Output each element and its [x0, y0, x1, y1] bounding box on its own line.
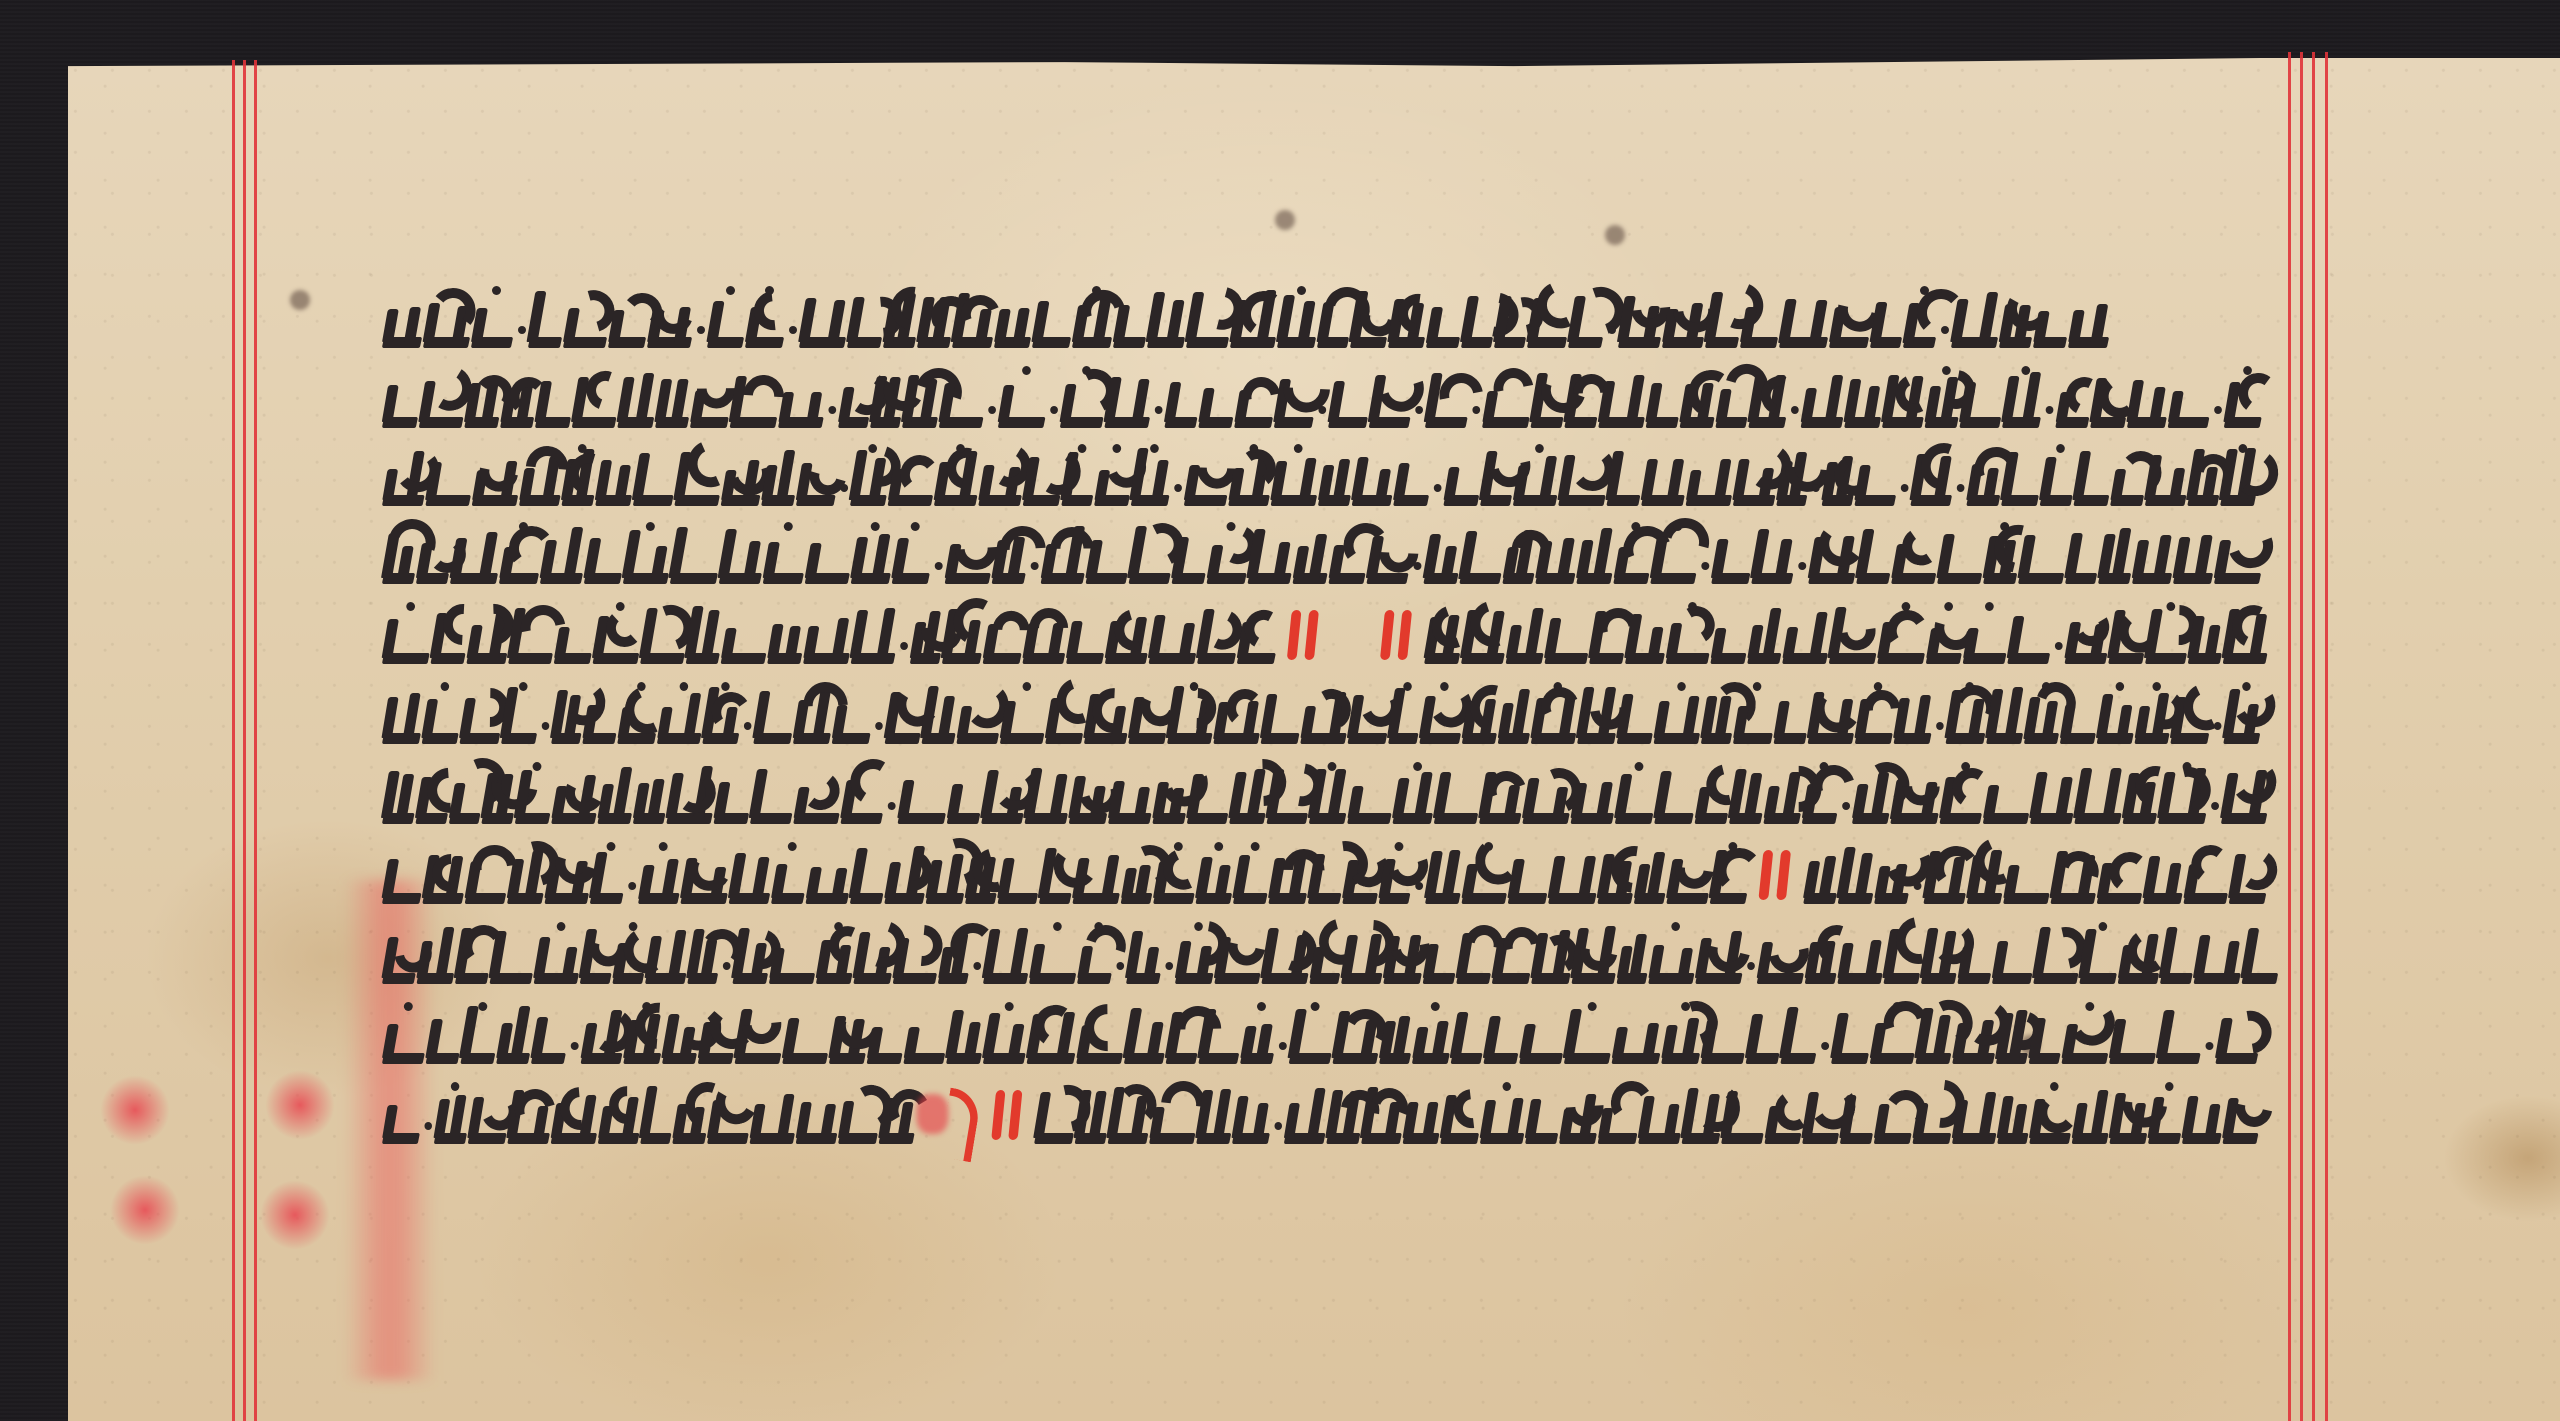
script-glyph	[715, 766, 748, 824]
script-glyph	[1749, 370, 1785, 428]
script-glyph	[598, 766, 630, 824]
script-glyph	[2215, 526, 2260, 584]
script-glyph	[1984, 526, 2016, 584]
script-glyph	[807, 846, 848, 904]
script-glyph	[383, 526, 414, 584]
script-glyph	[426, 448, 469, 506]
script-glyph	[880, 1086, 914, 1144]
script-glyph	[1781, 1006, 1815, 1064]
script-glyph	[1953, 1006, 1994, 1064]
script-glyph	[1176, 926, 1212, 984]
script-glyph	[1809, 526, 1854, 584]
script-glyph	[1483, 370, 1529, 428]
script-glyph	[1613, 1006, 1660, 1064]
script-glyph	[423, 846, 462, 904]
script-glyph	[2225, 370, 2261, 428]
visarga-dot	[1788, 370, 1802, 428]
script-glyph	[591, 846, 623, 904]
script-glyph	[1480, 766, 1520, 824]
script-glyph	[1639, 1086, 1680, 1144]
script-glyph	[383, 606, 429, 664]
script-glyph	[432, 606, 465, 664]
script-glyph	[562, 448, 593, 506]
script-glyph	[416, 766, 447, 824]
script-glyph	[1150, 606, 1196, 664]
script-glyph	[1777, 448, 1806, 506]
script-glyph	[1884, 926, 1919, 984]
manuscript-line-10	[383, 994, 2260, 1064]
script-glyph	[1310, 766, 1345, 824]
script-glyph	[1234, 846, 1267, 904]
script-glyph	[1531, 370, 1562, 428]
script-glyph	[1230, 766, 1264, 824]
script-glyph	[1441, 1086, 1478, 1144]
script-glyph	[852, 526, 890, 584]
script-glyph	[1067, 606, 1103, 664]
script-glyph	[1463, 686, 1496, 744]
script-glyph	[1329, 370, 1367, 428]
script-glyph	[1389, 686, 1417, 744]
script-glyph	[1572, 926, 1614, 984]
script-glyph	[2066, 526, 2096, 584]
script-glyph	[675, 448, 718, 506]
script-glyph	[1106, 606, 1147, 664]
script-glyph	[1806, 926, 1836, 984]
script-glyph	[1343, 846, 1376, 904]
script-glyph	[2066, 606, 2107, 664]
script-glyph	[2221, 448, 2255, 506]
script-glyph	[794, 766, 838, 824]
script-glyph	[2222, 766, 2266, 824]
script-glyph	[691, 370, 728, 428]
script-glyph	[1968, 846, 2001, 904]
script-glyph	[1913, 1086, 1950, 1144]
script-glyph	[1076, 1086, 1106, 1144]
script-glyph	[1238, 606, 1275, 664]
script-glyph	[1823, 448, 1853, 506]
script-glyph	[1532, 686, 1575, 744]
script-glyph	[1577, 526, 1611, 584]
script-glyph	[1087, 526, 1127, 584]
script-glyph	[1173, 526, 1205, 584]
script-glyph	[529, 290, 561, 348]
script-glyph	[1426, 846, 1459, 904]
script-glyph	[1109, 1086, 1148, 1144]
script-glyph	[1078, 926, 1111, 984]
script-glyph	[871, 370, 900, 428]
script-glyph	[2030, 1006, 2060, 1064]
script-glyph	[1070, 766, 1106, 824]
script-glyph	[420, 370, 463, 428]
script-glyph	[1663, 290, 1703, 348]
script-glyph	[851, 448, 886, 506]
script-glyph	[1655, 686, 1699, 744]
script-glyph	[634, 766, 665, 824]
script-glyph	[1830, 290, 1868, 348]
script-glyph	[1168, 686, 1211, 744]
script-glyph	[731, 370, 777, 428]
script-glyph	[599, 1086, 639, 1144]
script-glyph	[552, 686, 580, 744]
manuscript-line-11	[383, 1074, 2260, 1144]
script-glyph	[1380, 1006, 1410, 1064]
script-glyph	[2110, 1006, 2155, 1064]
script-glyph	[1687, 448, 1731, 506]
script-glyph	[1922, 926, 1956, 984]
visarga-dot	[826, 370, 840, 428]
script-glyph	[424, 290, 469, 348]
script-glyph	[1618, 926, 1647, 984]
script-glyph	[687, 606, 719, 664]
script-glyph	[783, 1006, 827, 1064]
script-glyph	[2169, 370, 2209, 428]
script-glyph	[1702, 1006, 1744, 1064]
script-glyph	[2069, 290, 2108, 348]
script-glyph	[772, 846, 804, 904]
script-glyph	[634, 448, 673, 506]
visarga-dot	[1171, 448, 1185, 506]
script-glyph	[1748, 606, 1780, 664]
script-glyph	[1856, 686, 1892, 744]
script-glyph	[1389, 290, 1424, 348]
red-double-danda	[1755, 846, 1798, 904]
script-glyph	[730, 846, 769, 904]
script-glyph	[1619, 290, 1660, 348]
script-glyph	[1327, 1086, 1359, 1144]
script-glyph	[817, 926, 852, 984]
script-glyph	[466, 846, 505, 904]
script-glyph	[1804, 846, 1836, 904]
script-glyph	[1809, 686, 1853, 744]
script-glyph	[1883, 370, 1923, 428]
script-glyph	[806, 526, 849, 584]
script-glyph	[1425, 606, 1459, 664]
script-glyph	[889, 448, 932, 506]
script-glyph	[1598, 846, 1631, 904]
script-glyph	[435, 1086, 466, 1144]
manuscript-line-3	[383, 436, 2258, 506]
script-glyph	[1024, 448, 1060, 506]
script-glyph	[1262, 926, 1307, 984]
script-glyph	[1683, 1086, 1720, 1144]
script-glyph	[797, 1086, 837, 1144]
script-glyph	[1349, 686, 1387, 744]
script-glyph	[1199, 370, 1232, 428]
manuscript-line-5	[383, 594, 2269, 664]
script-glyph	[2119, 926, 2158, 984]
script-glyph	[736, 1006, 781, 1064]
script-glyph	[1655, 766, 1692, 824]
script-glyph	[383, 448, 424, 506]
script-glyph	[1294, 526, 1327, 584]
script-glyph	[1165, 370, 1196, 428]
script-glyph	[1046, 686, 1082, 744]
script-glyph	[2091, 370, 2125, 428]
script-glyph	[851, 846, 883, 904]
script-glyph	[1578, 686, 1615, 744]
script-glyph	[1309, 846, 1341, 904]
script-glyph	[383, 290, 421, 348]
script-glyph	[1073, 290, 1111, 348]
script-glyph	[1026, 766, 1067, 824]
script-glyph	[1001, 686, 1044, 744]
script-glyph	[2110, 1086, 2146, 1144]
script-glyph	[383, 926, 415, 984]
script-glyph	[469, 1086, 506, 1144]
script-glyph	[482, 766, 513, 824]
script-glyph	[1730, 766, 1761, 824]
script-glyph	[751, 1086, 794, 1144]
script-glyph	[2184, 846, 2226, 904]
script-glyph	[2056, 370, 2088, 428]
script-glyph	[1187, 290, 1228, 348]
script-glyph	[2051, 846, 2094, 904]
script-glyph	[2002, 448, 2038, 506]
script-glyph	[1520, 1006, 1562, 1064]
script-glyph	[1150, 1086, 1194, 1144]
script-glyph	[852, 606, 895, 664]
script-glyph	[2230, 846, 2265, 904]
manuscript-line-1	[383, 278, 2111, 348]
script-glyph	[1185, 448, 1226, 506]
script-glyph	[703, 686, 738, 744]
script-glyph	[947, 1006, 981, 1064]
script-glyph	[667, 766, 711, 824]
script-glyph	[1208, 526, 1246, 584]
script-glyph	[1545, 606, 1587, 664]
script-glyph	[541, 526, 582, 584]
script-glyph	[1667, 606, 1709, 664]
script-glyph	[1590, 606, 1623, 664]
script-glyph	[671, 526, 717, 584]
script-glyph	[585, 526, 621, 584]
script-glyph	[2135, 686, 2168, 744]
right-margin-rule	[2312, 52, 2315, 1421]
script-glyph	[1947, 686, 1985, 744]
script-glyph	[1642, 448, 1683, 506]
red-stain-dot	[260, 1180, 330, 1250]
script-glyph	[1351, 290, 1386, 348]
script-glyph	[1154, 846, 1193, 904]
visarga-dot	[1163, 926, 1176, 984]
script-glyph	[1838, 926, 1881, 984]
script-glyph	[472, 290, 512, 348]
script-glyph	[2159, 766, 2205, 824]
script-glyph	[993, 526, 1025, 584]
script-glyph	[1649, 926, 1693, 984]
script-glyph	[1125, 1006, 1164, 1064]
script-glyph	[1269, 846, 1305, 904]
right-margin-rule	[2325, 52, 2328, 1421]
manuscript-line-4	[383, 514, 2263, 584]
script-glyph	[2158, 1006, 2200, 1064]
script-glyph	[1716, 370, 1746, 428]
script-glyph	[2161, 926, 2192, 984]
script-glyph	[899, 766, 945, 824]
script-glyph	[854, 926, 890, 984]
script-glyph	[1958, 926, 1990, 984]
script-glyph	[2073, 1086, 2108, 1144]
script-glyph	[2075, 766, 2120, 824]
script-glyph	[842, 766, 882, 824]
script-glyph	[1481, 448, 1511, 506]
visarga-dot	[885, 766, 899, 824]
script-glyph	[1085, 686, 1127, 744]
script-glyph	[1895, 686, 1931, 744]
script-glyph	[797, 448, 835, 506]
script-glyph	[516, 766, 549, 824]
script-glyph	[1662, 1006, 1699, 1064]
visarga-dot	[2043, 370, 2057, 428]
script-glyph	[779, 370, 823, 428]
script-glyph	[1197, 846, 1231, 904]
script-glyph	[1651, 526, 1695, 584]
script-glyph	[1023, 606, 1064, 664]
script-glyph	[2146, 448, 2186, 506]
script-glyph	[1333, 1006, 1377, 1064]
script-glyph	[1095, 448, 1129, 506]
script-glyph	[1167, 1006, 1197, 1064]
script-glyph	[1747, 1006, 1779, 1064]
script-glyph	[1765, 1086, 1800, 1144]
script-glyph	[418, 926, 454, 984]
script-glyph	[596, 448, 631, 506]
script-glyph	[1875, 846, 1908, 904]
script-glyph	[1681, 370, 1714, 428]
visarga-dot	[1469, 370, 1483, 428]
script-glyph	[624, 1006, 660, 1064]
script-glyph	[927, 846, 963, 904]
script-glyph	[848, 290, 881, 348]
script-glyph	[2195, 926, 2240, 984]
script-glyph	[536, 370, 570, 428]
script-glyph	[465, 370, 498, 428]
script-glyph	[1268, 766, 1307, 824]
script-glyph	[2189, 606, 2221, 664]
script-glyph	[467, 606, 506, 664]
script-glyph	[1803, 766, 1836, 824]
script-glyph	[1420, 686, 1460, 744]
script-glyph	[1318, 290, 1348, 348]
script-glyph	[982, 766, 1022, 824]
script-glyph	[1618, 686, 1652, 744]
script-glyph	[1130, 526, 1170, 584]
red-stain-dot	[265, 1070, 335, 1140]
script-glyph	[451, 526, 497, 584]
script-glyph	[1904, 290, 1935, 348]
left-margin-rule	[232, 60, 235, 1421]
script-glyph	[2074, 448, 2108, 506]
script-glyph	[383, 686, 420, 744]
red-stain-dot	[110, 1175, 180, 1245]
visarga-dot	[1272, 1086, 1285, 1144]
script-glyph	[2000, 290, 2031, 348]
visarga-dot	[568, 1006, 582, 1064]
script-glyph	[1030, 926, 1075, 984]
script-glyph	[1413, 1006, 1449, 1064]
script-glyph	[1702, 686, 1731, 744]
script-glyph	[1565, 370, 1596, 428]
script-glyph	[800, 290, 845, 348]
right-margin-rule	[2288, 52, 2291, 1421]
script-glyph	[641, 1086, 670, 1144]
script-glyph	[532, 1006, 565, 1064]
script-glyph	[1734, 686, 1772, 744]
script-glyph	[1042, 526, 1084, 584]
script-glyph	[2025, 686, 2058, 744]
script-glyph	[1229, 448, 1269, 506]
script-glyph	[1549, 846, 1595, 904]
script-glyph	[1384, 926, 1420, 984]
script-glyph	[2030, 1086, 2070, 1144]
visarga-dot	[1028, 526, 1042, 584]
script-glyph	[1780, 290, 1827, 348]
script-glyph	[1507, 606, 1543, 664]
script-glyph	[1802, 370, 1843, 428]
script-glyph	[1857, 526, 1889, 584]
visarga-dot	[897, 606, 911, 664]
script-glyph	[1878, 606, 1924, 664]
script-glyph	[893, 526, 929, 584]
visarga-dot	[2052, 606, 2066, 664]
script-glyph	[473, 448, 517, 506]
script-glyph	[794, 686, 830, 744]
script-glyph	[1875, 1086, 1911, 1144]
script-glyph	[2034, 290, 2066, 348]
script-glyph	[1514, 448, 1556, 506]
script-glyph	[491, 926, 532, 984]
script-glyph	[1855, 448, 1895, 506]
script-glyph	[508, 1086, 549, 1144]
script-glyph	[1353, 448, 1392, 506]
script-glyph	[618, 686, 655, 744]
script-glyph	[508, 846, 542, 904]
script-glyph	[2111, 448, 2143, 506]
script-glyph	[500, 526, 538, 584]
script-glyph	[641, 606, 684, 664]
script-glyph	[1967, 448, 1999, 506]
script-glyph	[427, 1006, 459, 1064]
script-glyph	[722, 448, 760, 506]
script-glyph	[552, 1086, 596, 1144]
script-glyph	[940, 370, 983, 428]
script-glyph	[1509, 846, 1546, 904]
script-glyph	[1952, 290, 1997, 348]
script-glyph	[953, 290, 992, 348]
script-glyph	[1667, 846, 1707, 904]
script-glyph	[656, 370, 688, 428]
visarga-dot	[985, 370, 999, 428]
manuscript-line-6	[383, 674, 2262, 744]
script-glyph	[2041, 448, 2072, 506]
script-glyph	[1839, 846, 1872, 904]
left-margin-rule	[243, 60, 246, 1421]
script-glyph	[1444, 448, 1478, 506]
script-glyph	[922, 686, 954, 744]
script-glyph	[648, 290, 691, 348]
script-glyph	[1572, 766, 1613, 824]
script-glyph	[582, 1006, 622, 1064]
script-glyph	[1871, 1006, 1914, 1064]
manuscript-line-7	[383, 754, 2269, 824]
script-glyph	[1481, 1086, 1523, 1144]
script-glyph	[1275, 370, 1313, 428]
script-glyph	[2062, 1006, 2107, 1064]
script-glyph	[1953, 1086, 1995, 1144]
script-glyph	[1348, 766, 1390, 824]
script-glyph	[2149, 1086, 2180, 1144]
script-glyph	[999, 370, 1045, 428]
